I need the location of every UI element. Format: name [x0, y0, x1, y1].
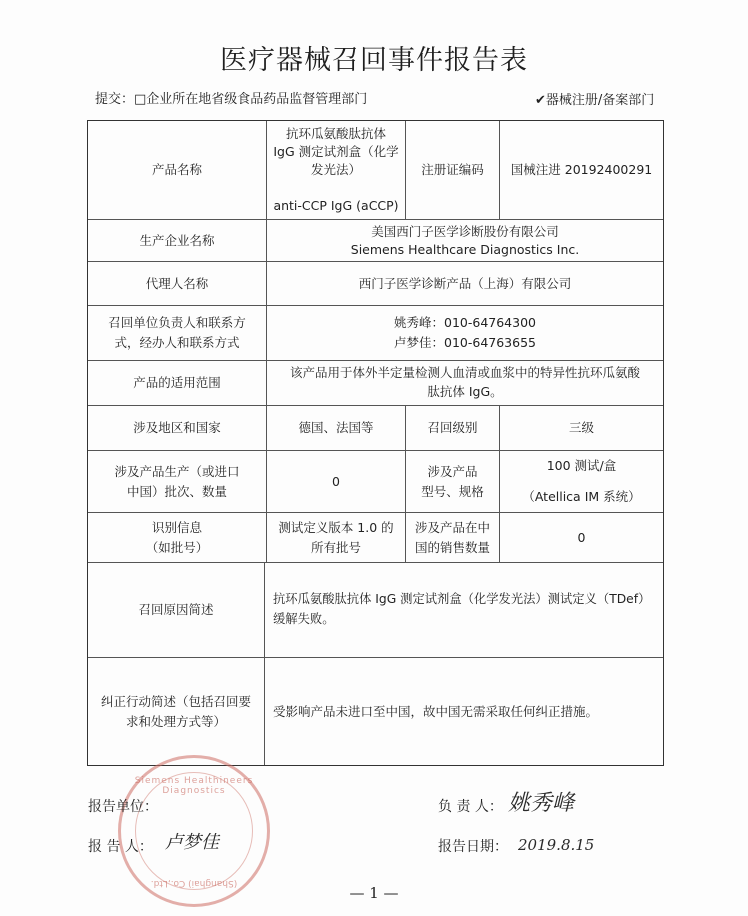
contact-label: 召回单位负责人和联系方 式，经办人和联系方式	[88, 306, 267, 361]
china-sales-label: 涉及产品在中 国的销售数量	[406, 513, 500, 563]
reporter-label: 报 告 人：	[88, 836, 153, 856]
page-number: — 1 —	[0, 884, 748, 902]
reg-no-value: 国械注进 20192400291	[500, 121, 663, 220]
region-value: 德国、法国等	[267, 406, 406, 451]
corrective-action-label: 纠正行动简述（包括召回要 求和处理方式等）	[88, 658, 265, 765]
corrective-action-value: 受影响产品未进口至中国，故中国无需采取任何纠正措施。	[265, 658, 663, 765]
model-value: 100 测试/盒 （Atellica IM 系统）	[500, 451, 663, 513]
reason-value: 抗环瓜氨酸肽抗体 IgG 测定试剂盒（化学发光法）测试定义（TDef） 缓解失败…	[265, 563, 663, 658]
region-label: 涉及地区和国家	[88, 406, 267, 451]
responsible-person-label: 负 责 人：	[438, 796, 503, 816]
scope-label: 产品的适用范围	[88, 361, 267, 406]
china-sales-value: 0	[500, 513, 663, 563]
reg-no-label: 注册证编码	[406, 121, 500, 220]
submit-to-provincial: 提交：□企业所在地省级食品药品监督管理部门	[95, 88, 367, 107]
reporting-unit-label: 报告单位：	[88, 796, 158, 816]
reporter-signature: 卢梦佳	[165, 828, 219, 854]
submit-to-registration-dept: ✔器械注册/备案部门	[535, 89, 654, 108]
report-date-label: 报告日期：	[438, 836, 508, 856]
identification-label: 识别信息 （如批号）	[88, 513, 267, 563]
identification-value: 测试定义版本 1.0 的 所有批号	[267, 513, 406, 563]
recall-level-label: 召回级别	[406, 406, 500, 451]
responsible-signature: 姚秀峰	[508, 786, 574, 817]
contact-value: 姚秀峰：010-64764300 卢梦佳：010-64763655	[267, 306, 663, 361]
model-label: 涉及产品 型号、规格	[406, 451, 500, 513]
recall-report-table: 产品名称 抗环瓜氨酸肽抗体 IgG 测定试剂盒（化学 发光法） anti-CCP…	[87, 120, 664, 766]
manufacturer-label: 生产企业名称	[88, 220, 267, 262]
batch-label: 涉及产品生产（或进口 中国）批次、数量	[88, 451, 267, 513]
reason-label: 召回原因简述	[88, 563, 265, 658]
recall-level-value: 三级	[500, 406, 663, 451]
product-name-label: 产品名称	[88, 121, 267, 220]
report-date-value: 2019.8.15	[518, 836, 594, 854]
manufacturer-value: 美国西门子医学诊断股份有限公司 Siemens Healthcare Diagn…	[267, 220, 663, 262]
batch-value: 0	[267, 451, 406, 513]
agent-label: 代理人名称	[88, 262, 267, 306]
scope-value: 该产品用于体外半定量检测人血清或血浆中的特异性抗环瓜氨酸 肽抗体 IgG。	[267, 361, 663, 406]
seal-text-top: Siemens Healthineers Diagnostics	[121, 776, 267, 796]
document-title: 医疗器械召回事件报告表	[0, 38, 748, 77]
agent-value: 西门子医学诊断产品（上海）有限公司	[267, 262, 663, 306]
product-name-value: 抗环瓜氨酸肽抗体 IgG 测定试剂盒（化学 发光法） anti-CCP IgG …	[267, 121, 406, 220]
